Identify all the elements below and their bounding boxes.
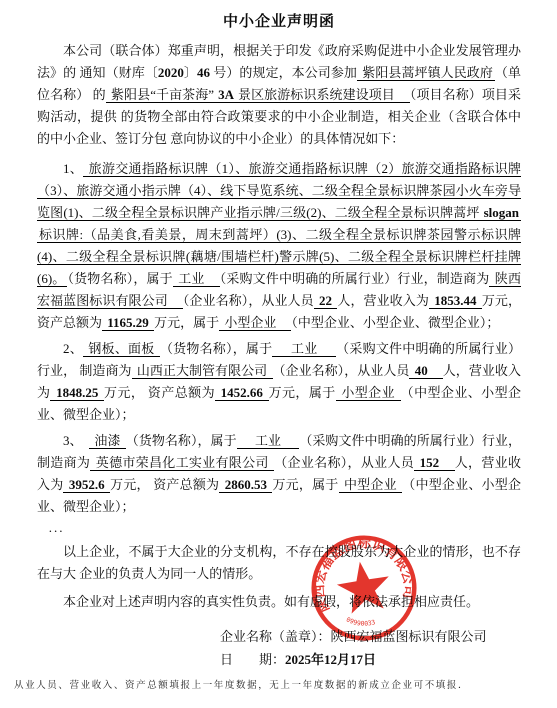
signature-company-value: 陕西宏福蓝图标识有限公司 bbox=[331, 629, 487, 644]
filled-blank: 1848.25 bbox=[50, 385, 104, 401]
text-segment: 万元， 资产总额为 bbox=[104, 385, 215, 400]
text-segment: 46 bbox=[197, 65, 210, 80]
text-segment: 本企业对上述声明内容的真实性负责。如有虚假，将依法承担相应责任。 bbox=[63, 594, 479, 609]
filled-blank: 紫阳县蒿坪镇人民政府 bbox=[357, 65, 495, 81]
filled-blank: 2860.53 bbox=[219, 477, 272, 493]
filled-blank: 152 bbox=[414, 455, 455, 471]
filled-blank: 40 bbox=[409, 363, 442, 379]
filled-blank: 小型企业 bbox=[219, 315, 291, 331]
filled-blank: 3952.6 bbox=[63, 477, 110, 493]
text-segment: 万元， 资产总额为 bbox=[110, 477, 219, 492]
signature-date-label: 日 期： bbox=[220, 652, 285, 667]
text-segment: （企业名称），从业人员 bbox=[273, 363, 410, 378]
item-2: 2、 钢板、面板 （货物名称），属于 工业 （采购文件中明确的所属行业）行业， … bbox=[37, 338, 521, 426]
text-segment: 万元，属于 bbox=[154, 315, 219, 330]
filled-blank: slogan bbox=[482, 205, 521, 221]
filled-blank: 1853.44 bbox=[429, 293, 482, 309]
filled-blank: 1165.29 bbox=[102, 315, 154, 331]
item-1: 1、 旅游交通指路标识牌（1）、旅游交通指路标识牌（2）旅游交通指路标识牌（3）… bbox=[37, 158, 521, 334]
text-segment: （采购文件中明确的所属行业）行业，制造商为 bbox=[220, 271, 490, 286]
filled-blank: 紫阳县“千亩茶海” bbox=[106, 87, 216, 103]
text-segment: 万元，属于 bbox=[272, 477, 338, 492]
closing-paragraph-2: 本企业对上述声明内容的真实性负责。如有虚假，将依法承担相应责任。 bbox=[37, 591, 521, 613]
text-segment: 1、 bbox=[63, 161, 83, 176]
text-segment: 号）的规定，本公司参加 bbox=[210, 65, 357, 80]
intro-paragraph: 本公司（联合体）郑重声明，根据关于印发《政府采购促进中小企业发展管理办法》的 通… bbox=[37, 40, 521, 150]
text-segment: （企业名称），从业人员 bbox=[183, 293, 314, 308]
text-segment: （货物名称），属于 bbox=[160, 341, 272, 356]
document-title: 中小企业声明函 bbox=[37, 10, 521, 31]
text-segment: 万元，属于 bbox=[269, 385, 336, 400]
text-segment: ... bbox=[49, 520, 65, 535]
filled-blank: 工业 bbox=[237, 433, 300, 449]
filled-blank: 22 bbox=[314, 293, 338, 309]
signature-date-value: 2025年12月17日 bbox=[285, 652, 376, 667]
filled-blank: 山西正大制管有限公司 bbox=[132, 363, 273, 379]
filled-blank: 小型企业 bbox=[336, 385, 401, 401]
document-content: 中小企业声明函 本公司（联合体）郑重声明，根据关于印发《政府采购促进中小企业发展… bbox=[0, 0, 557, 693]
footnote: 从业人员、营业收入、资产总额填报上一年度数据，无上一年度数据的新成立企业可不填报… bbox=[14, 679, 521, 693]
item-3: 3、 油漆 （货物名称），属于 工业 （采购文件中明确的所属行业）行业， 制造商… bbox=[37, 430, 521, 518]
document-page: 中小企业声明函 本公司（联合体）郑重声明，根据关于印发《政府采购促进中小企业发展… bbox=[0, 0, 557, 708]
text-segment: 2020 bbox=[158, 65, 184, 80]
filled-blank: 工业 bbox=[173, 271, 220, 287]
signature-date-line: 日 期：2025年12月17日 bbox=[220, 648, 521, 671]
ellipsis-line: ... bbox=[37, 518, 521, 537]
text-segment: 3、 bbox=[63, 433, 89, 448]
signature-block: 企业名称（盖章）：陕西宏福蓝图标识有限公司 日 期：2025年12月17日 bbox=[220, 625, 521, 671]
text-segment: （企业名称），从业人员 bbox=[274, 455, 414, 470]
filled-blank: 1452.66 bbox=[215, 385, 269, 401]
filled-blank: 3A bbox=[216, 87, 236, 103]
filled-blank: 英德市荣昌化工实业有限公司 bbox=[90, 455, 274, 471]
text-segment: 以上企业，不属于大企业的分支机构，不存在控股股东为大企业的情形，也不存在与大 企… bbox=[37, 544, 521, 581]
signature-company-line: 企业名称（盖章）：陕西宏福蓝图标识有限公司 bbox=[220, 625, 521, 648]
filled-blank: 景区旅游标识系统建设项目 bbox=[236, 87, 410, 103]
text-segment: 2、 bbox=[63, 341, 83, 356]
filled-blank: 旅游交通指路标识牌（1）、旅游交通指路标识牌（2）旅游交通指路标识牌（3）、旅游… bbox=[37, 161, 521, 221]
filled-blank: 工业 bbox=[272, 341, 336, 357]
text-segment: （货物名称），属于 bbox=[67, 271, 172, 286]
text-segment: （中型企业、小型企业、微型企业）； bbox=[291, 315, 499, 330]
closing-paragraph-1: 以上企业，不属于大企业的分支机构，不存在控股股东为大企业的情形，也不存在与大 企… bbox=[37, 541, 521, 585]
text-segment: （货物名称），属于 bbox=[126, 433, 237, 448]
signature-company-label: 企业名称（盖章）： bbox=[220, 629, 331, 644]
filled-blank: 钢板、面板 bbox=[83, 341, 160, 357]
filled-blank: 中型企业 bbox=[339, 477, 403, 493]
document-body: 本公司（联合体）郑重声明，根据关于印发《政府采购促进中小企业发展管理办法》的 通… bbox=[37, 40, 521, 613]
text-segment: 〕 bbox=[184, 65, 197, 80]
text-segment: 人，营业收入为 bbox=[337, 293, 429, 308]
filled-blank: 油漆 bbox=[89, 433, 126, 449]
